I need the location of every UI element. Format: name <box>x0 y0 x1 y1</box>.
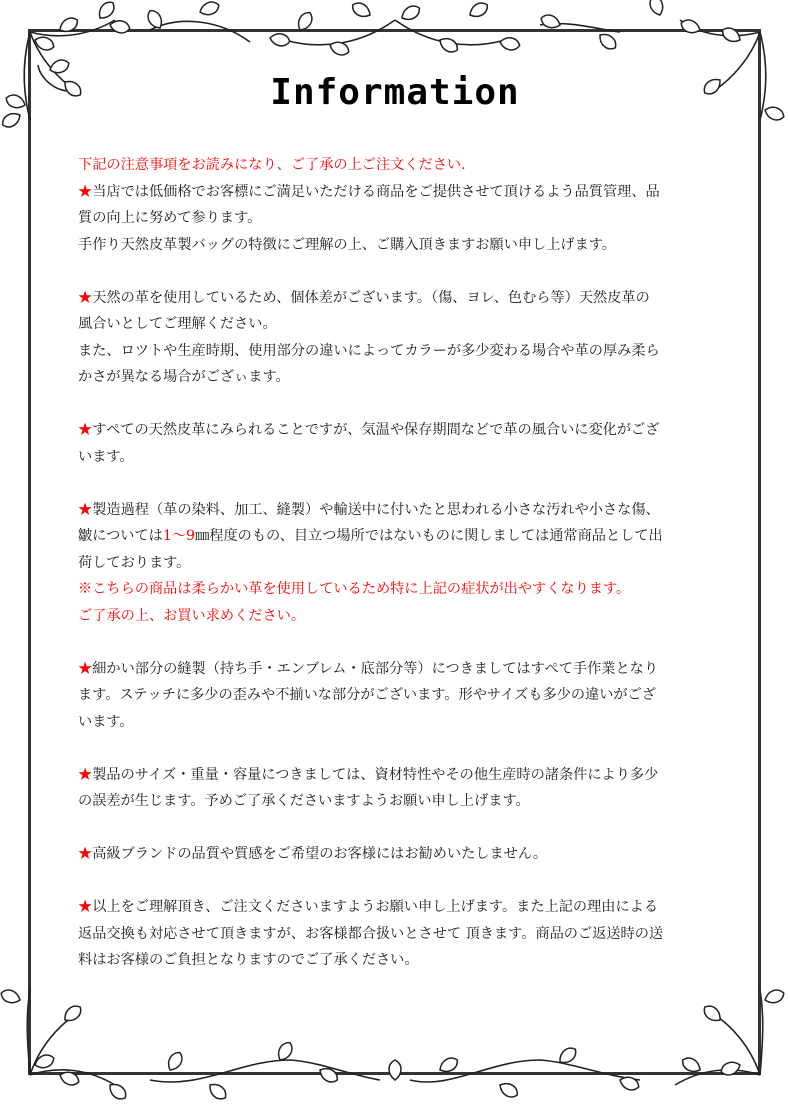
star-icon: ★ <box>78 290 92 306</box>
notice-body: 下記の注意事項をお読みになり、ご了承の上ご注文ください. ★当店では低価格でお客… <box>78 152 718 1000</box>
section-7: ★高級ブランドの品質や質感をご希望のお客様にはお勧めいたしません。 <box>78 841 718 868</box>
star-icon: ★ <box>78 661 92 677</box>
page-title: Information <box>0 72 790 113</box>
intro-notice: 下記の注意事項をお読みになり、ご了承の上ご注文ください. <box>78 152 718 179</box>
section-5: ★細かい部分の縫製（持ち手・エンブレム・底部分等）につきましてはすぺて手作業とな… <box>78 656 718 736</box>
section-4: ★製造過程（革の染料、加工、縫製）や輸送中に付いたと思われる小さな汚れや小さな傷… <box>78 497 718 630</box>
section-8: ★以上をご理解頂き、ご注文くださいますようお願い申し上げます。また上記の理由によ… <box>78 894 718 974</box>
section-3: ★すぺての天然皮革にみられることですが、気温や保存期間などで革の風合いに変化がご… <box>78 417 718 470</box>
star-icon: ★ <box>78 422 92 438</box>
section-1: ★当店では低価格でお客標にご満足いただける商品をご提供させて頂けるよう品質管理、… <box>78 179 718 259</box>
soft-leather-warning: ※こちらの商品は柔らかい革を使用しているため特に上記の症状が出やすくなります。 <box>78 576 718 603</box>
size-range-highlight: 1～9 <box>163 528 195 544</box>
star-icon: ★ <box>78 767 92 783</box>
section-6: ★製品のサイズ・重量・容量につきましては、資材特性やその他生産時の諸条件により多… <box>78 762 718 815</box>
star-icon: ★ <box>78 899 92 915</box>
star-icon: ★ <box>78 502 92 518</box>
section-2: ★天然の革を使用しているため、個体差がございます。（傷、ヨレ、色むら等）天然皮革… <box>78 285 718 391</box>
star-icon: ★ <box>78 184 92 200</box>
star-icon: ★ <box>78 846 92 862</box>
